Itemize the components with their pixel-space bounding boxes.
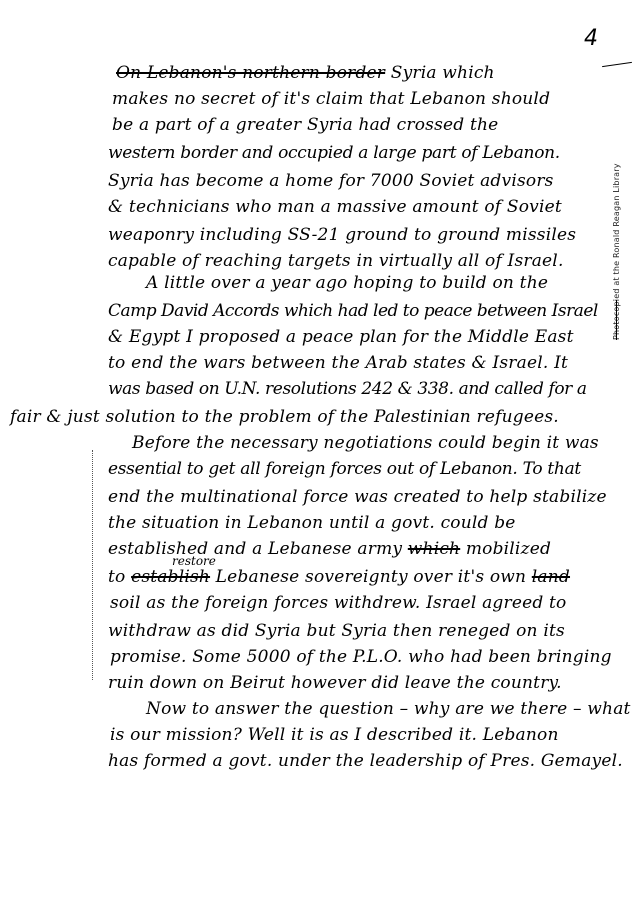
- stamp-mark: [616, 300, 617, 340]
- text-line-23: promise. Some 5000 of the P.L.O. who had…: [110, 646, 612, 668]
- struck-text: On Lebanon's northern border: [116, 63, 385, 83]
- text-line-8: capable of reaching targets in virtually…: [108, 250, 564, 272]
- text-line-17: end the multinational force was created …: [108, 486, 607, 508]
- text-line-22: withdraw as did Syria but Syria then ren…: [108, 620, 565, 642]
- text-line-7: weaponry including SS-21 ground to groun…: [108, 224, 576, 246]
- struck-text: land: [532, 567, 570, 587]
- text-line-16: essential to get all foreign forces out …: [108, 458, 581, 480]
- text-line-11: & Egypt I proposed a peace plan for the …: [108, 326, 574, 348]
- library-stamp: Photocopied at the Ronald Reagan Library: [612, 160, 626, 340]
- struck-text: establish: [131, 567, 210, 587]
- struck-text: which: [408, 539, 460, 559]
- page-number: 4: [584, 26, 598, 51]
- margin-dots: [92, 450, 94, 680]
- text-line-15: Before the necessary negotiations could …: [132, 432, 599, 454]
- text-line-3: be a part of a greater Syria had crossed…: [112, 114, 498, 136]
- text-line-2: makes no secret of it's claim that Leban…: [112, 88, 550, 110]
- text-line-12: to end the wars between the Arab states …: [108, 352, 568, 374]
- text-line-5: Syria has become a home for 7000 Soviet …: [108, 170, 554, 192]
- text-line-10: Camp David Accords which had led to peac…: [108, 300, 598, 322]
- text-line-1: On Lebanon's northern border Syria which: [116, 62, 495, 84]
- text-line-9: A little over a year ago hoping to build…: [146, 272, 548, 294]
- text-line-21: soil as the foreign forces withdrew. Isr…: [110, 592, 567, 614]
- text-line-18: the situation in Lebanon until a govt. c…: [108, 512, 516, 534]
- text-line-24: ruin down on Beirut however did leave th…: [108, 672, 562, 694]
- handwritten-page: 4 On Lebanon's northern border Syria whi…: [0, 0, 635, 900]
- text-line-4: western border and occupied a large part…: [108, 142, 560, 164]
- text-line-6: & technicians who man a massive amount o…: [108, 196, 562, 218]
- text-line-13: was based on U.N. resolutions 242 & 338.…: [108, 378, 587, 400]
- text-line-25: Now to answer the question – why are we …: [146, 698, 631, 720]
- corner-mark: [602, 62, 632, 67]
- text-line-27: has formed a govt. under the leadership …: [108, 750, 623, 772]
- text-line-20: to establish Lebanese sovereignty over i…: [108, 566, 570, 588]
- text-line-26: is our mission? Well it is as I describe…: [110, 724, 559, 746]
- text-line-14: fair & just solution to the problem of t…: [10, 406, 559, 428]
